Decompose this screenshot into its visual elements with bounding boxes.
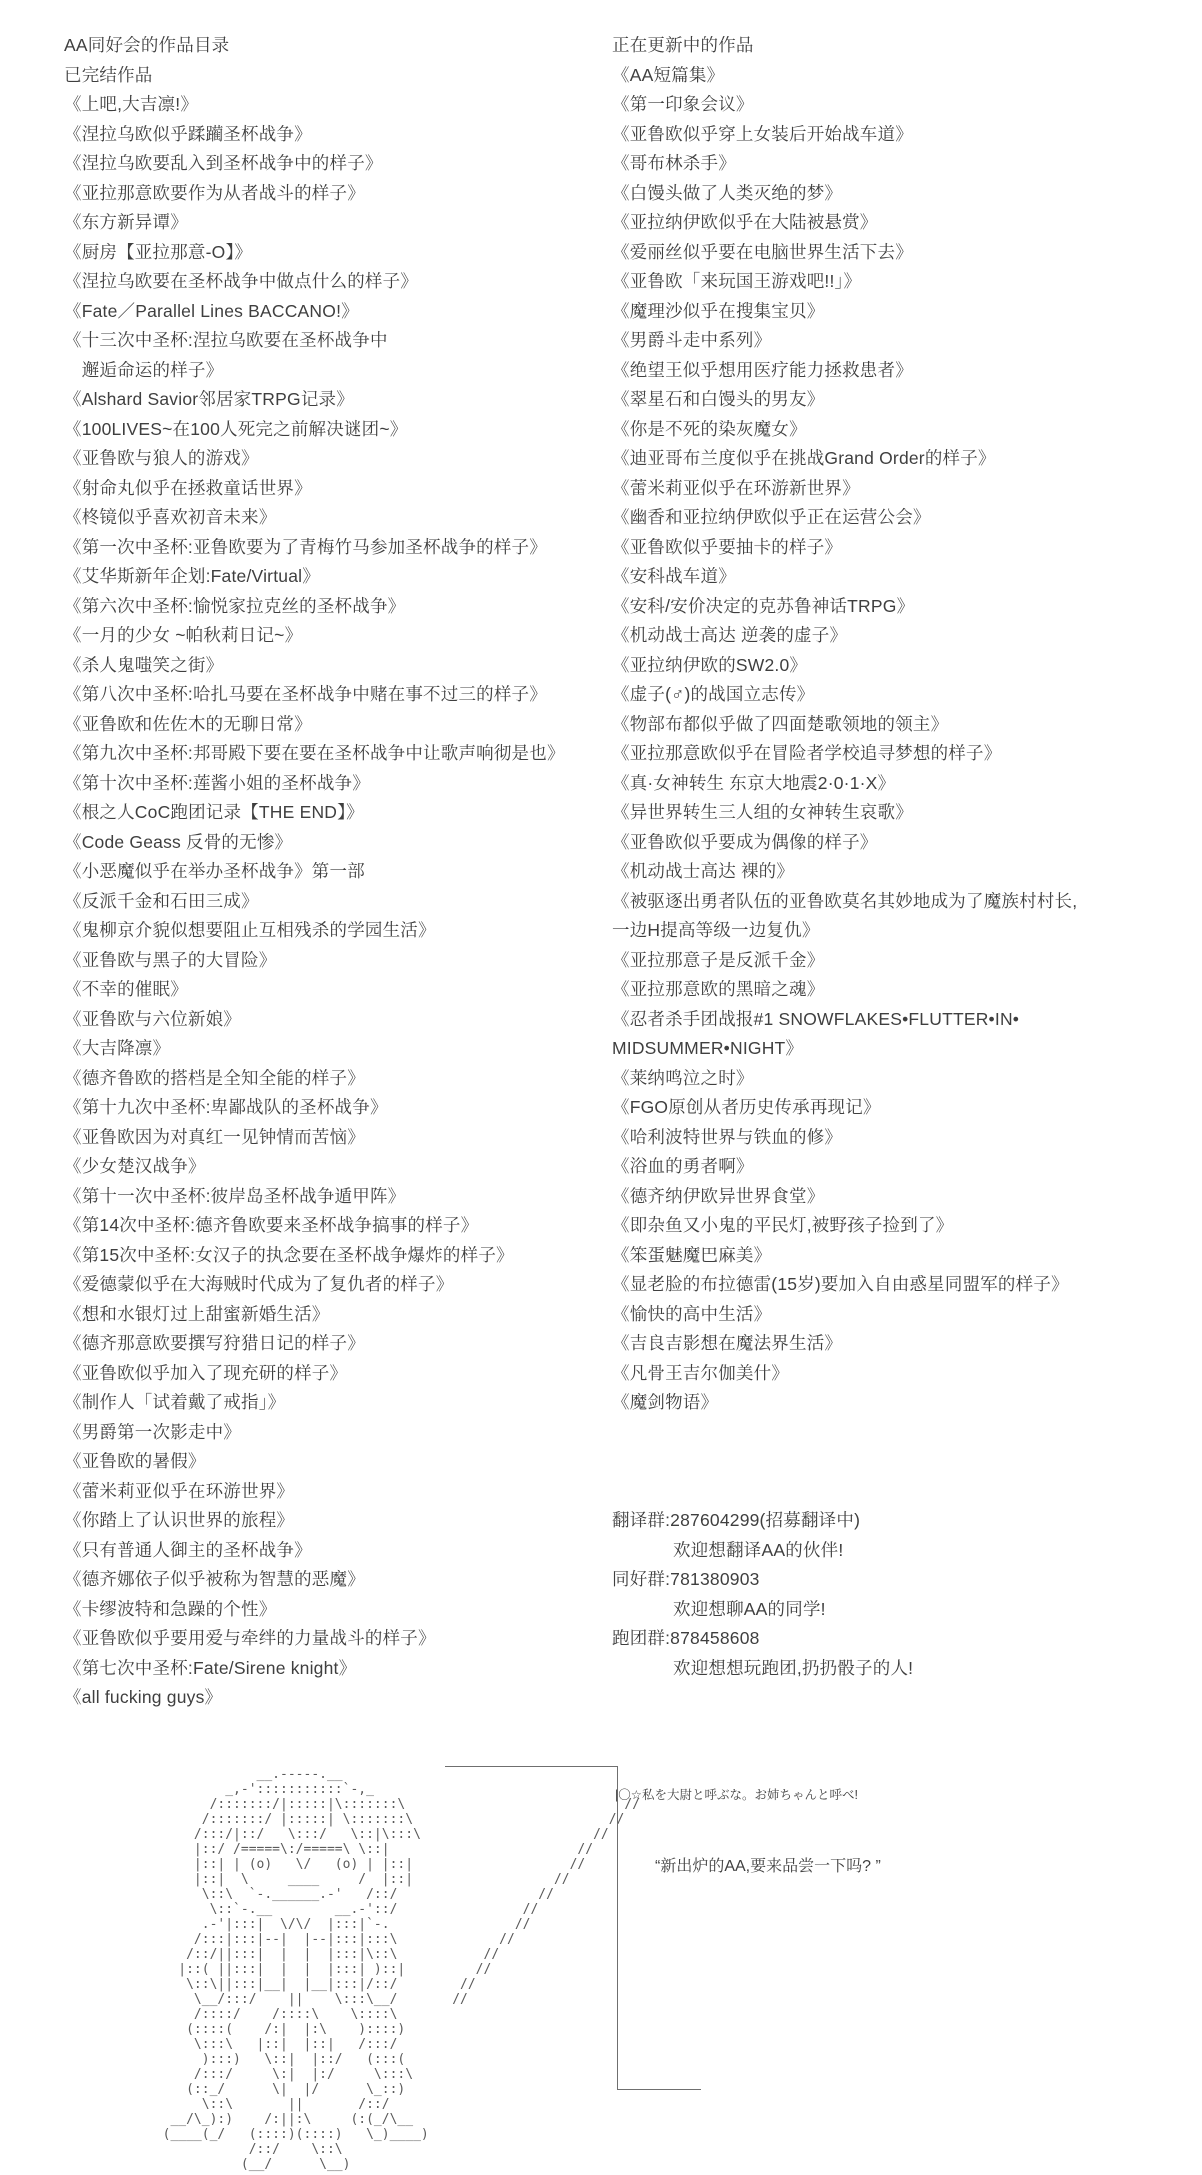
- work-item: 《你踏上了认识世界的旅程》: [64, 1506, 565, 1536]
- speech-text-jp: |〇☆私を大尉と呼ぶな。お姉ちゃんと呼べ!: [615, 1785, 858, 1803]
- speech-text-cn: “新出炉的AA,要来品尝一下吗? ”: [655, 1853, 881, 1876]
- qq-group-note: 欢迎想聊AA的同学!: [612, 1595, 1077, 1625]
- work-item: 《上吧,大吉凛!》: [64, 90, 565, 120]
- work-item: 《亚鲁欧和佐佐木的无聊日常》: [64, 710, 565, 740]
- work-item: 《只有普通人御主的圣杯战争》: [64, 1536, 565, 1566]
- work-item: 《反派千金和石田三成》: [64, 887, 565, 917]
- work-item: 《亚拉纳伊欧似乎在大陆被悬赏》: [612, 208, 1077, 238]
- work-item: 《你是不死的染灰魔女》: [612, 415, 1077, 445]
- qq-group-note: 欢迎想想玩跑团,扔扔骰子的人!: [612, 1654, 1077, 1684]
- ascii-art-character: __.-----.__ _,-':::::::::::`-,_ /:::::::…: [100, 1752, 640, 2172]
- work-item: 《亚鲁欧与狼人的游戏》: [64, 444, 565, 474]
- work-item: 《爱德蒙似乎在大海贼时代成为了复仇者的样子》: [64, 1270, 565, 1300]
- work-item: 《男爵第一次影走中》: [64, 1418, 565, 1448]
- work-item: 邂逅命运的样子》: [64, 356, 565, 386]
- work-item: 《不幸的催眠》: [64, 975, 565, 1005]
- work-item: 《第15次中圣杯:女汉子的执念要在圣杯战争爆炸的样子》: [64, 1241, 565, 1271]
- speech-panel-top-line: [445, 1766, 617, 1767]
- work-item: 《Alshard Savior邻居家TRPG记录》: [64, 385, 565, 415]
- ongoing-works-list: 《AA短篇集》《第一印象会议》《亚鲁欧似乎穿上女装后开始战车道》《哥布林杀手》《…: [612, 61, 1077, 1418]
- work-item: 《德齐那意欧要撰写狩猎日记的样子》: [64, 1329, 565, 1359]
- work-item: 《迪亚哥布兰度似乎在挑战Grand Order的样子》: [612, 444, 1077, 474]
- work-item: 《亚鲁欧因为对真红一见钟情而苦恼》: [64, 1123, 565, 1153]
- work-item: 《异世界转生三人组的女神转生哀歌》: [612, 798, 1077, 828]
- work-item: 《浴血的勇者啊》: [612, 1152, 1077, 1182]
- qq-group-number: 翻译群:287604299(招募翻译中): [612, 1506, 1077, 1536]
- work-item: 《卡缪波特和急躁的个性》: [64, 1595, 565, 1625]
- work-item: 《第九次中圣杯:邦哥殿下要在要在圣杯战争中让歌声响彻是也》: [64, 739, 565, 769]
- work-item: 《忍者杀手团战报#1 SNOWFLAKES•FLUTTER•IN•: [612, 1005, 1077, 1035]
- qq-group-note: 欢迎想翻译AA的伙伴!: [612, 1536, 1077, 1566]
- work-item: 《哈利波特世界与铁血的修》: [612, 1123, 1077, 1153]
- work-item: 《爱丽丝似乎要在电脑世界生活下去》: [612, 238, 1077, 268]
- work-item: 《亚鲁欧与六位新娘》: [64, 1005, 565, 1035]
- column-gap-spacer: [612, 1418, 1077, 1507]
- work-item: 《魔剑物语》: [612, 1388, 1077, 1418]
- work-item: 《机动战士高达 裸的》: [612, 857, 1077, 887]
- work-item: 《翠星石和白馒头的男友》: [612, 385, 1077, 415]
- work-item: 《第六次中圣杯:愉悦家拉克丝的圣杯战争》: [64, 592, 565, 622]
- work-item: 《白馒头做了人类灭绝的梦》: [612, 179, 1077, 209]
- work-item: 《即杂鱼又小鬼的平民灯,被野孩子捡到了》: [612, 1211, 1077, 1241]
- speech-panel-vertical-line: [617, 1766, 618, 2090]
- work-item: 《安科战车道》: [612, 562, 1077, 592]
- qq-group-number: 同好群:781380903: [612, 1565, 1077, 1595]
- work-item: 《男爵斗走中系列》: [612, 326, 1077, 356]
- work-item: 《杀人鬼嗤笑之街》: [64, 651, 565, 681]
- work-item: 《AA短篇集》: [612, 61, 1077, 91]
- work-item: 《亚鲁欧似乎加入了现充研的样子》: [64, 1359, 565, 1389]
- work-item: 《100LIVES~在100人死完之前解决谜团~》: [64, 415, 565, 445]
- work-item: 《亚拉那意欧的黑暗之魂》: [612, 975, 1077, 1005]
- work-item: 《愉快的高中生活》: [612, 1300, 1077, 1330]
- work-item: 《Fate／Parallel Lines BACCANO!》: [64, 297, 565, 327]
- ongoing-section-heading: 正在更新中的作品: [612, 31, 1077, 61]
- work-item: 《真·女神转生 东京大地震2·0·1·X》: [612, 769, 1077, 799]
- work-item: 《小恶魔似乎在举办圣杯战争》第一部: [64, 857, 565, 887]
- completed-section-heading: 已完结作品: [64, 61, 565, 91]
- work-item: 《物部布都似乎做了四面楚歌领地的领主》: [612, 710, 1077, 740]
- work-item: 《第十一次中圣杯:彼岸岛圣杯战争遁甲阵》: [64, 1182, 565, 1212]
- work-item: 《Code Geass 反骨的无惨》: [64, 828, 565, 858]
- work-item: 《根之人CoC跑团记录【THE END】》: [64, 798, 565, 828]
- work-item: 《蕾米莉亚似乎在环游新世界》: [612, 474, 1077, 504]
- work-item: 《安科/安价决定的克苏鲁神话TRPG》: [612, 592, 1077, 622]
- work-item: 《all fucking guys》: [64, 1683, 565, 1713]
- work-item: 《FGO原创从者历史传承再现记》: [612, 1093, 1077, 1123]
- work-item: 《虚子(♂)的战国立志传》: [612, 680, 1077, 710]
- speech-panel-bottom-line: [617, 2089, 701, 2090]
- work-item: 《第七次中圣杯:Fate/Sirene knight》: [64, 1654, 565, 1684]
- work-item: 《第14次中圣杯:德齐鲁欧要来圣杯战争搞事的样子》: [64, 1211, 565, 1241]
- work-item: 《涅拉乌欧要在圣杯战争中做点什么的样子》: [64, 267, 565, 297]
- work-item: 《亚拉那意欧似乎在冒险者学校追寻梦想的样子》: [612, 739, 1077, 769]
- work-item: 《魔理沙似乎在搜集宝贝》: [612, 297, 1077, 327]
- work-item: 《绝望王似乎想用医疗能力拯救患者》: [612, 356, 1077, 386]
- completed-works-list: 《上吧,大吉凛!》《涅拉乌欧似乎蹂躏圣杯战争》《涅拉乌欧要乱入到圣杯战争中的样子…: [64, 90, 565, 1713]
- ongoing-works-column: 正在更新中的作品 《AA短篇集》《第一印象会议》《亚鲁欧似乎穿上女装后开始战车道…: [612, 31, 1077, 1683]
- work-item: 《蕾米莉亚似乎在环游世界》: [64, 1477, 565, 1507]
- work-item: 《柊镜似乎喜欢初音未来》: [64, 503, 565, 533]
- work-item: 《莱纳鸣泣之时》: [612, 1064, 1077, 1094]
- work-item: MIDSUMMER•NIGHT》: [612, 1034, 1077, 1064]
- work-item: 《亚鲁欧与黑子的大冒险》: [64, 946, 565, 976]
- qq-group-number: 跑团群:878458608: [612, 1624, 1077, 1654]
- work-item: 《少女楚汉战争》: [64, 1152, 565, 1182]
- work-item: 《亚鲁欧似乎穿上女装后开始战车道》: [612, 120, 1077, 150]
- work-item: 《亚鲁欧似乎要用爱与牵绊的力量战斗的样子》: [64, 1624, 565, 1654]
- page-title: AA同好会的作品目录: [64, 31, 565, 61]
- work-item: 《德齐纳伊欧异世界食堂》: [612, 1182, 1077, 1212]
- qq-group-info: 翻译群:287604299(招募翻译中)欢迎想翻译AA的伙伴!同好群:78138…: [612, 1506, 1077, 1683]
- work-item: 《吉良吉影想在魔法界生活》: [612, 1329, 1077, 1359]
- work-item: 《第一次中圣杯:亚鲁欧要为了青梅竹马参加圣杯战争的样子》: [64, 533, 565, 563]
- work-item: 《鬼柳京介貌似想要阻止互相残杀的学园生活》: [64, 916, 565, 946]
- work-item: 《一月的少女 ~帕秋莉日记~》: [64, 621, 565, 651]
- work-item: 《第十次中圣杯:莲酱小姐的圣杯战争》: [64, 769, 565, 799]
- work-item: 《被驱逐出勇者队伍的亚鲁欧莫名其妙地成为了魔族村村长,: [612, 887, 1077, 917]
- work-item: 《德齐鲁欧的搭档是全知全能的样子》: [64, 1064, 565, 1094]
- work-item: 《第十九次中圣杯:卑鄙战队的圣杯战争》: [64, 1093, 565, 1123]
- work-item: 《制作人「试着戴了戒指」》: [64, 1388, 565, 1418]
- work-item: 《涅拉乌欧似乎蹂躏圣杯战争》: [64, 120, 565, 150]
- work-item: 《亚鲁欧的暑假》: [64, 1447, 565, 1477]
- work-item: 《艾华斯新年企划:Fate/Virtual》: [64, 562, 565, 592]
- work-item: 《机动战士高达 逆袭的虚子》: [612, 621, 1077, 651]
- work-item: 《厨房【亚拉那意-O】》: [64, 238, 565, 268]
- work-item: 《亚拉那意欧要作为从者战斗的样子》: [64, 179, 565, 209]
- work-item: 一边H提高等级一边复仇》: [612, 916, 1077, 946]
- work-item: 《亚拉那意子是反派千金》: [612, 946, 1077, 976]
- work-item: 《东方新异谭》: [64, 208, 565, 238]
- work-item: 《幽香和亚拉纳伊欧似乎正在运营公会》: [612, 503, 1077, 533]
- work-item: 《第一印象会议》: [612, 90, 1077, 120]
- work-item: 《德齐娜依子似乎被称为智慧的恶魔》: [64, 1565, 565, 1595]
- work-item: 《亚鲁欧似乎要成为偶像的样子》: [612, 828, 1077, 858]
- work-item: 《笨蛋魅魔巴麻美》: [612, 1241, 1077, 1271]
- work-item: 《凡骨王吉尔伽美什》: [612, 1359, 1077, 1389]
- work-item: 《大吉降凛》: [64, 1034, 565, 1064]
- work-item: 《想和水银灯过上甜蜜新婚生活》: [64, 1300, 565, 1330]
- work-item: 《显老脸的布拉德雷(15岁)要加入自由惑星同盟军的样子》: [612, 1270, 1077, 1300]
- work-item: 《亚拉纳伊欧的SW2.0》: [612, 651, 1077, 681]
- work-item: 《亚鲁欧「来玩国王游戏吧!!」》: [612, 267, 1077, 297]
- completed-works-column: AA同好会的作品目录 已完结作品 《上吧,大吉凛!》《涅拉乌欧似乎蹂躏圣杯战争》…: [64, 31, 565, 1713]
- work-item: 《第八次中圣杯:哈扎马要在圣杯战争中赌在事不过三的样子》: [64, 680, 565, 710]
- work-item: 《射命丸似乎在拯救童话世界》: [64, 474, 565, 504]
- work-item: 《十三次中圣杯:涅拉乌欧要在圣杯战争中: [64, 326, 565, 356]
- work-item: 《亚鲁欧似乎要抽卡的样子》: [612, 533, 1077, 563]
- work-item: 《涅拉乌欧要乱入到圣杯战争中的样子》: [64, 149, 565, 179]
- work-item: 《哥布林杀手》: [612, 149, 1077, 179]
